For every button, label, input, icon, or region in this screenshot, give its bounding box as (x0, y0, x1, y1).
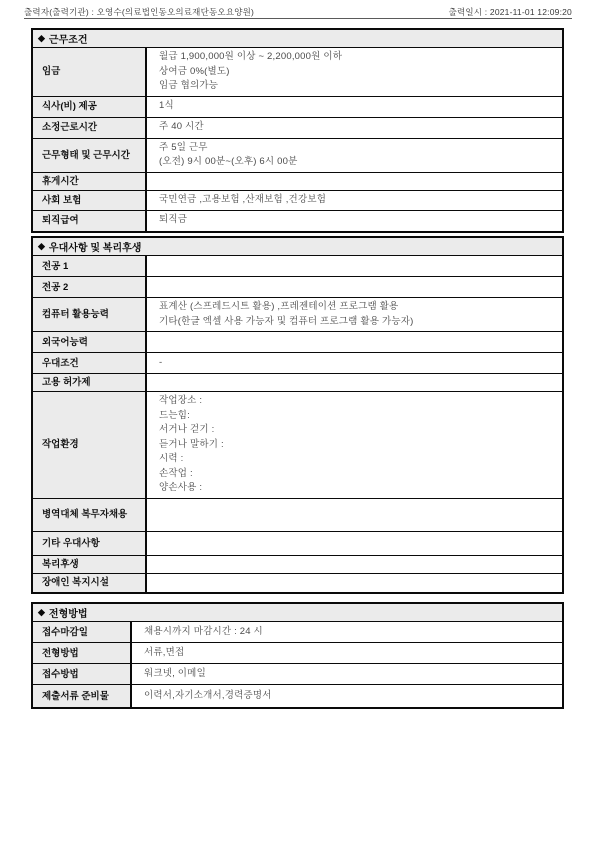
header-divider (24, 18, 572, 19)
row-value (147, 173, 562, 190)
value-line: 서류,면접 (144, 646, 556, 661)
value-line: 임금 협의가능 (159, 79, 556, 94)
value-line: 채용시까지 마감시간 : 24 시 (144, 625, 556, 640)
table-row: 장애인 복지시설 (33, 574, 562, 592)
row-label: 전공 2 (33, 277, 147, 297)
row-value: 1식 (147, 97, 562, 117)
row-label: 외국어능력 (33, 332, 147, 352)
row-value: 주 5일 근무 (오전) 9시 00분~(오후) 6시 00분 (147, 139, 562, 172)
row-label: 컴퓨터 활용능력 (33, 298, 147, 331)
row-label: 임금 (33, 48, 147, 96)
row-label: 복리후생 (33, 556, 147, 573)
row-value (147, 256, 562, 276)
row-label: 병역대체 복무자채용 (33, 499, 147, 531)
section-title-selection-method: ◆ 전형방법 (33, 604, 562, 622)
section-title-preferences-benefits: ◆ 우대사항 및 복리후생 (33, 238, 562, 256)
print-header: 출력자(출력기관) : 오영수(의료법인동오의료재단동오요양원) 출력일시 : … (24, 6, 572, 18)
table-row: 전공 1 (33, 256, 562, 277)
value-line: 표계산 (스프레드시트 활용) ,프레젠테이션 프로그램 활용 (159, 300, 556, 315)
table-row: 근무형태 및 근무시간 주 5일 근무 (오전) 9시 00분~(오후) 6시 … (33, 139, 562, 173)
row-label: 전공 1 (33, 256, 147, 276)
row-label: 사회 보험 (33, 191, 147, 210)
value-line: (오전) 9시 00분~(오후) 6시 00분 (159, 155, 556, 170)
row-label: 식사(비) 제공 (33, 97, 147, 117)
section-preferences-benefits: ◆ 우대사항 및 복리후생 전공 1 전공 2 컴퓨터 활용능력 표계산 (스프… (31, 236, 564, 594)
value-line: 양손사용 : (159, 481, 556, 496)
table-row: 접수마감일 채용시까지 마감시간 : 24 시 (33, 622, 562, 643)
row-value (147, 277, 562, 297)
table-row: 기타 우대사항 (33, 532, 562, 556)
table-row: 퇴직급여 퇴직금 (33, 211, 562, 231)
value-line: 퇴직금 (159, 213, 556, 228)
row-label: 장애인 복지시설 (33, 574, 147, 592)
row-label: 고용 허가제 (33, 374, 147, 391)
row-value: 서류,면접 (132, 643, 562, 663)
section-working-conditions: ◆ 근무조건 임금 월급 1,900,000원 이상 ~ 2,200,000원 … (31, 28, 564, 233)
table-row: 임금 월급 1,900,000원 이상 ~ 2,200,000원 이하 상여금 … (33, 48, 562, 97)
print-datetime-text: 출력일시 : 2021-11-01 12:09:20 (449, 6, 572, 18)
value-line: 작업장소 : (159, 394, 556, 409)
value-line: 듣거나 말하기 : (159, 438, 556, 453)
diamond-icon: ◆ (38, 608, 45, 617)
value-line: 시력 : (159, 452, 556, 467)
section-title-working-conditions: ◆ 근무조건 (33, 30, 562, 48)
value-line: 기타(한글 엑셀 사용 가능자 및 컴퓨터 프로그램 활용 가능자) (159, 315, 556, 330)
table-row: 접수방법 워크넷, 이메일 (33, 664, 562, 685)
value-line: - (159, 356, 556, 371)
table-row: 전형방법 서류,면접 (33, 643, 562, 664)
value-line: 주 5일 근무 (159, 141, 556, 156)
row-label: 제출서류 준비물 (33, 685, 132, 707)
row-value (147, 532, 562, 555)
row-label: 접수마감일 (33, 622, 132, 642)
table-row: 병역대체 복무자채용 (33, 499, 562, 532)
section-title-text: 우대사항 및 복리후생 (49, 239, 142, 254)
value-line: 워크넷, 이메일 (144, 667, 556, 682)
section-title-text: 전형방법 (49, 605, 88, 620)
table-row: 휴게시간 (33, 173, 562, 191)
row-value: 워크넷, 이메일 (132, 664, 562, 684)
row-label: 접수방법 (33, 664, 132, 684)
row-value: 국민연금 ,고용보험 ,산재보험 ,건강보험 (147, 191, 562, 210)
row-label: 소정근로시간 (33, 118, 147, 138)
row-label: 작업환경 (33, 392, 147, 498)
row-value: 표계산 (스프레드시트 활용) ,프레젠테이션 프로그램 활용 기타(한글 엑셀… (147, 298, 562, 331)
diamond-icon: ◆ (38, 34, 45, 43)
row-label: 퇴직급여 (33, 211, 147, 231)
value-line: 월급 1,900,000원 이상 ~ 2,200,000원 이하 (159, 50, 556, 65)
value-line: 상여금 0%(별도) (159, 65, 556, 80)
row-label: 우대조건 (33, 353, 147, 373)
diamond-icon: ◆ (38, 242, 45, 251)
table-row: 소정근로시간 주 40 시간 (33, 118, 562, 139)
table-row: 우대조건 - (33, 353, 562, 374)
row-value (147, 556, 562, 573)
value-line: 이력서,자기소개서,경력증명서 (144, 689, 556, 704)
row-value: - (147, 353, 562, 373)
row-value: 월급 1,900,000원 이상 ~ 2,200,000원 이하 상여금 0%(… (147, 48, 562, 96)
row-value: 작업장소 : 드는힘: 서거나 걷기 : 듣거나 말하기 : 시력 : 손작업 … (147, 392, 562, 498)
value-line: 주 40 시간 (159, 120, 556, 135)
value-line: 서거나 걷기 : (159, 423, 556, 438)
table-row: 복리후생 (33, 556, 562, 574)
row-value: 채용시까지 마감시간 : 24 시 (132, 622, 562, 642)
row-value (147, 574, 562, 592)
table-row: 외국어능력 (33, 332, 562, 353)
table-row: 제출서류 준비물 이력서,자기소개서,경력증명서 (33, 685, 562, 707)
value-line: 1식 (159, 99, 556, 114)
section-title-text: 근무조건 (49, 31, 88, 46)
value-line: 손작업 : (159, 467, 556, 482)
row-value: 이력서,자기소개서,경력증명서 (132, 685, 562, 707)
row-value (147, 332, 562, 352)
table-row: 고용 허가제 (33, 374, 562, 392)
row-label: 전형방법 (33, 643, 132, 663)
table-row: 작업환경 작업장소 : 드는힘: 서거나 걷기 : 듣거나 말하기 : 시력 :… (33, 392, 562, 499)
table-row: 식사(비) 제공 1식 (33, 97, 562, 118)
row-label: 근무형태 및 근무시간 (33, 139, 147, 172)
table-row: 사회 보험 국민연금 ,고용보험 ,산재보험 ,건강보험 (33, 191, 562, 211)
table-row: 전공 2 (33, 277, 562, 298)
row-label: 휴게시간 (33, 173, 147, 190)
row-value (147, 374, 562, 391)
print-origin-text: 출력자(출력기관) : 오영수(의료법인동오의료재단동오요양원) (24, 6, 254, 18)
value-line: 드는힘: (159, 409, 556, 424)
section-selection-method: ◆ 전형방법 접수마감일 채용시까지 마감시간 : 24 시 전형방법 서류,면… (31, 602, 564, 709)
value-line: 국민연금 ,고용보험 ,산재보험 ,건강보험 (159, 193, 556, 208)
row-label: 기타 우대사항 (33, 532, 147, 555)
table-row: 컴퓨터 활용능력 표계산 (스프레드시트 활용) ,프레젠테이션 프로그램 활용… (33, 298, 562, 332)
row-value: 주 40 시간 (147, 118, 562, 138)
row-value: 퇴직금 (147, 211, 562, 231)
row-value (147, 499, 562, 531)
